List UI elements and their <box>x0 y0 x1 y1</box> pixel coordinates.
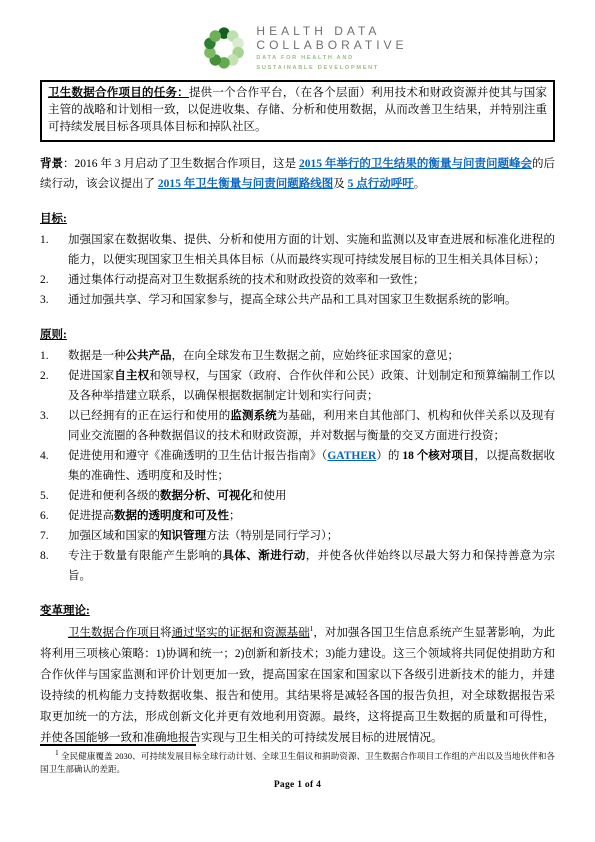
text-run: 数据是一种 <box>68 350 126 362</box>
logo-text: HEALTH DATA COLLABORATIVE DATA FOR HEALT… <box>256 24 407 72</box>
text-run: 促进使用和遵守《准确透明的卫生估计报告指南》（ <box>68 450 327 462</box>
logo-tagline-line1: DATA FOR HEALTH AND <box>256 55 407 62</box>
principle-text: 促进提高数据的透明度和可及性； <box>68 506 555 526</box>
list-number: 1. <box>40 346 68 366</box>
list-number: 1. <box>40 230 68 270</box>
goal-item: 1. 加强国家在数据收集、提供、分析和使用方面的计划、实施和监测以及审查进展和标… <box>40 230 555 270</box>
text-run: 专注于数量有限能产生影响的 <box>68 550 223 562</box>
list-number: 6. <box>40 506 68 526</box>
footnote-divider <box>40 744 196 746</box>
logo-tagline-line2: SUSTAINABLE DEVELOPMENT <box>256 65 407 72</box>
goal-item: 2. 通过集体行动提高对卫生数据系统的技术和财政投资的效率和一致性； <box>40 270 555 290</box>
text-run: 及 <box>333 178 347 190</box>
text-run: 18 个核对项目 <box>402 450 474 462</box>
hyperlink[interactable]: 2015 年举行的卫生结果的衡量与问责问题峰会 <box>299 158 532 170</box>
principle-text: 专注于数量有限能产生影响的具体、渐进行动，并使各伙伴始终以尽最大努力和保持善意为… <box>68 546 555 586</box>
text-run: 促进提高 <box>68 510 114 522</box>
goal-text: 加强国家在数据收集、提供、分析和使用方面的计划、实施和监测以及审查进展和标准化进… <box>68 230 555 270</box>
footnote-area: 1 全民健康覆盖 2030、可持续发展目标全球行动计划、全球卫生倡议和捐助资源、… <box>40 744 555 790</box>
goal-item: 3. 通过加强共享、学习和国家参与，提高全球公共产品和工具对国家卫生数据系统的影… <box>40 290 555 310</box>
list-number: 3. <box>40 406 68 446</box>
document-page: HEALTH DATA COLLABORATIVE DATA FOR HEALT… <box>0 0 595 842</box>
list-number: 7. <box>40 526 68 546</box>
text-run: 促进和便利各级的 <box>68 490 160 502</box>
text-run: 公共产品 <box>126 350 172 362</box>
health-data-collaborative-logo: HEALTH DATA COLLABORATIVE DATA FOR HEALT… <box>54 24 555 72</box>
page-number: Page 1 of 4 <box>40 780 555 790</box>
hyperlink[interactable]: 5 点行动呼吁 <box>348 178 414 190</box>
text-run: 促进国家 <box>68 370 114 382</box>
principles-list: 1. 数据是一种公共产品，在向全球发布卫生数据之前，应始终征求国家的意见； 2.… <box>40 346 555 586</box>
text-run: 以已经拥有的正在运行和使用的 <box>68 410 230 422</box>
text-run: 数据分析、可视化 <box>160 490 252 502</box>
list-number: 3. <box>40 290 68 310</box>
hyperlink[interactable]: GATHER <box>327 450 376 462</box>
text-run: 和使用 <box>252 490 287 502</box>
text-run: 方法（特别是同行学习）； <box>206 530 338 542</box>
text-run: 背景 <box>40 158 63 170</box>
text-run: 。 <box>414 178 426 190</box>
principle-text: 促进国家自主权和领导权，与国家（政府、合作伙伴和公民）政策、计划制定和预算编制工… <box>68 366 555 406</box>
principle-item: 6. 促进提高数据的透明度和可及性； <box>40 506 555 526</box>
text-run: 全民健康覆盖 2030、可持续发展目标全球行动计划、全球卫生倡议和捐助资源、卫生… <box>40 751 555 774</box>
goals-list: 1. 加强国家在数据收集、提供、分析和使用方面的计划、实施和监测以及审查进展和标… <box>40 230 555 310</box>
text-run: 自主权 <box>114 370 149 382</box>
principle-text: 促进和便利各级的数据分析、可视化和使用 <box>68 486 555 506</box>
list-number: 2. <box>40 270 68 290</box>
text-run: ：2016 年 3 月启动了卫生数据合作项目，这是 <box>63 158 299 170</box>
principle-item: 3. 以已经拥有的正在运行和使用的监测系统为基础，利用来自其他部门、机构和伙伴关… <box>40 406 555 446</box>
footnote-text: 1 全民健康覆盖 2030、可持续发展目标全球行动计划、全球卫生倡议和捐助资源、… <box>40 750 555 776</box>
text-run: 将 <box>160 627 172 639</box>
principle-item: 5. 促进和便利各级的数据分析、可视化和使用 <box>40 486 555 506</box>
principles-heading: 原则: <box>40 325 67 345</box>
text-run: 卫生数据合作项目的任务： <box>48 87 189 99</box>
goals-heading: 目标: <box>40 209 67 229</box>
goal-text: 通过加强共享、学习和国家参与，提高全球公共产品和工具对国家卫生数据系统的影响。 <box>68 290 555 310</box>
principle-text: 数据是一种公共产品，在向全球发布卫生数据之前，应始终征求国家的意见； <box>68 346 555 366</box>
principle-text: 促进使用和遵守《准确透明的卫生估计报告指南》（GATHER）的 18 个核对项目… <box>68 446 555 486</box>
list-number: 8. <box>40 546 68 586</box>
text-run: 监测系统 <box>230 410 276 422</box>
text-run: 具体、渐进行动 <box>223 550 306 562</box>
principle-item: 1. 数据是一种公共产品，在向全球发布卫生数据之前，应始终征求国家的意见； <box>40 346 555 366</box>
text-run: 通过坚实的证据和资源基础 <box>172 627 310 639</box>
principle-item: 8. 专注于数量有限能产生影响的具体、渐进行动，并使各伙伴始终以尽最大努力和保持… <box>40 546 555 586</box>
text-run: ； <box>229 510 241 522</box>
mission-statement-box: 卫生数据合作项目的任务：提供一个合作平台，（在各个层面）利用技术和财政资源并使其… <box>40 80 555 142</box>
principle-text: 加强区域和国家的知识管理方法（特别是同行学习）； <box>68 526 555 546</box>
list-number: 4. <box>40 446 68 486</box>
principle-item: 4. 促进使用和遵守《准确透明的卫生估计报告指南》（GATHER）的 18 个核… <box>40 446 555 486</box>
logo-ring-icon <box>201 25 247 71</box>
text-run: 数据的透明度和可及性 <box>114 510 229 522</box>
theory-heading: 变革理论: <box>40 601 90 621</box>
principle-text: 以已经拥有的正在运行和使用的监测系统为基础，利用来自其他部门、机构和伙伴关系以及… <box>68 406 555 446</box>
goal-text: 通过集体行动提高对卫生数据系统的技术和财政投资的效率和一致性； <box>68 270 555 290</box>
text-run: ，在向全球发布卫生数据之前，应始终征求国家的意见； <box>172 350 460 362</box>
logo-title-line2: COLLABORATIVE <box>256 38 407 52</box>
text-run: ，对加强各国卫生信息系统产生显著影响，为此将利用三项核心策略：1)协调和统一；2… <box>40 627 555 744</box>
logo-title-line1: HEALTH DATA <box>256 24 407 38</box>
list-number: 5. <box>40 486 68 506</box>
principle-item: 2. 促进国家自主权和领导权，与国家（政府、合作伙伴和公民）政策、计划制定和预算… <box>40 366 555 406</box>
theory-paragraph: 卫生数据合作项目将通过坚实的证据和资源基础1，对加强各国卫生信息系统产生显著影响… <box>40 623 555 749</box>
text-run: ）的 <box>376 450 402 462</box>
text-run: 卫生数据合作项目 <box>68 627 160 639</box>
hyperlink[interactable]: 2015 年卫生衡量与问责问题路线图 <box>158 178 333 190</box>
list-number: 2. <box>40 366 68 406</box>
text-run: 加强区域和国家的 <box>68 530 160 542</box>
text-run: 知识管理 <box>160 530 206 542</box>
background-paragraph: 背景：2016 年 3 月启动了卫生数据合作项目，这是 2015 年举行的卫生结… <box>40 154 555 194</box>
principle-item: 7. 加强区域和国家的知识管理方法（特别是同行学习）； <box>40 526 555 546</box>
